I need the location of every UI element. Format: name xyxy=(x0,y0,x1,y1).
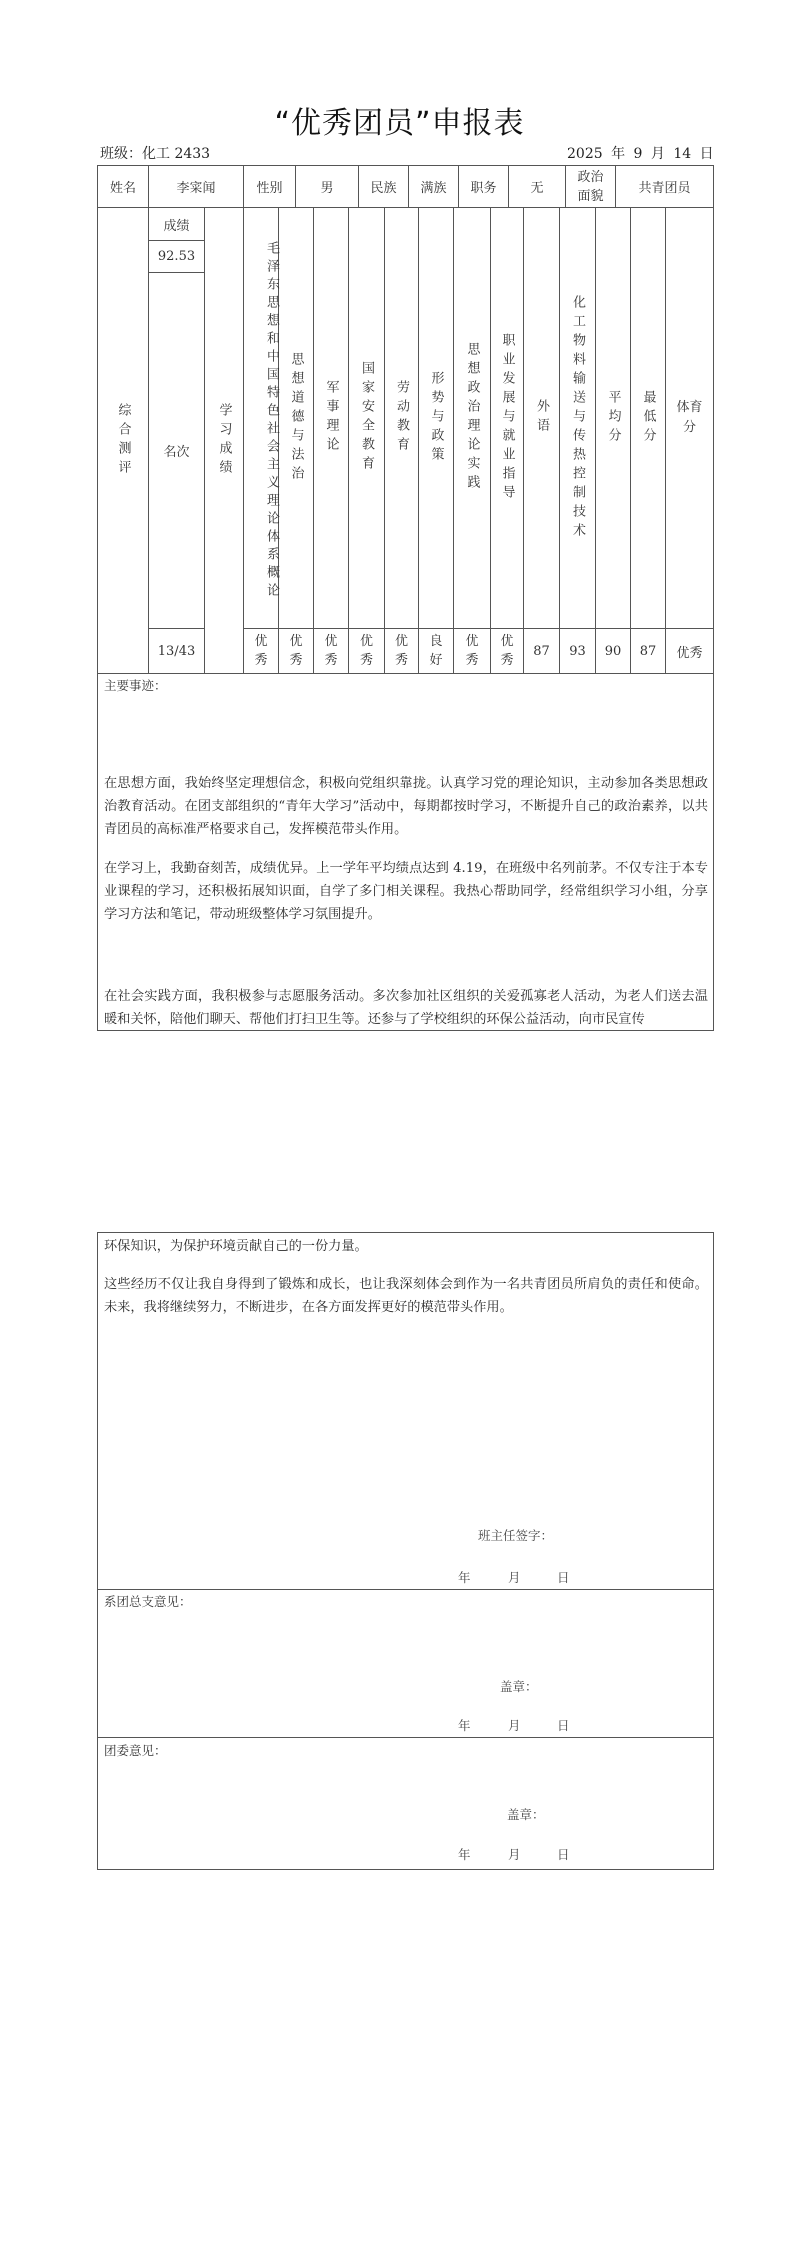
subject-header: 军事理论 xyxy=(314,208,348,628)
grade-text: 优 xyxy=(360,632,373,651)
committee-date-day: 日 xyxy=(557,1845,570,1863)
name-label: 姓名 xyxy=(98,166,148,207)
grade-cell: 优秀 xyxy=(385,629,418,673)
subject-header: 体育分 xyxy=(666,208,713,628)
subject-header: 毛泽东思想和中国特色社会主义理论体系概论 xyxy=(244,208,278,628)
ethnicity-label: 民族 xyxy=(359,166,408,207)
grade-cell: 优秀 xyxy=(279,629,313,673)
grade-text: 优 xyxy=(324,632,337,651)
grade-cell: 90 xyxy=(596,629,630,673)
subject-header: 外语 xyxy=(524,208,559,628)
grade-cell: 优秀 xyxy=(491,629,523,673)
rank-label: 名次 xyxy=(149,273,204,628)
grade-cell: 优秀 xyxy=(244,629,278,673)
subject-header: 平均分 xyxy=(596,208,630,628)
grade-cell: 良好 xyxy=(419,629,453,673)
deeds-paragraph-practice-cont: 环保知识，为保护环境贡献自己的一份力量。 xyxy=(104,1235,708,1258)
subject-header-text: 体育分 xyxy=(675,398,705,438)
form-title: “优秀团员”申报表 xyxy=(0,98,799,142)
branch-date-day: 日 xyxy=(557,1716,570,1734)
branch-date-month: 月 xyxy=(508,1716,521,1734)
gender-label: 性别 xyxy=(244,166,295,207)
date-month-unit: 月 xyxy=(651,146,665,162)
subject-header: 思想道德与法治 xyxy=(279,208,313,628)
gender-value: 男 xyxy=(296,166,358,207)
teacher-signature-label: 班主任签字： xyxy=(478,1526,553,1544)
grade-text: 秀 xyxy=(395,651,408,670)
grade-text: 好 xyxy=(429,651,442,670)
political-status-label-line1: 政治 xyxy=(577,168,603,187)
political-status-label: 政治 面貌 xyxy=(566,166,615,207)
grade-text: 优 xyxy=(395,632,408,651)
grade-text: 秀 xyxy=(324,651,337,670)
deeds-paragraph-study: 在学习上，我勤奋刻苦，成绩优异。上一学年平均绩点达到 4.19，在班级中名列前茅… xyxy=(104,857,708,926)
subject-header: 劳动教育 xyxy=(385,208,418,628)
deeds-paragraph-ideology: 在思想方面，我始终坚定理想信念，积极向党组织靠拢。认真学习党的理论知识，主动参加… xyxy=(104,772,708,841)
teacher-date-month: 月 xyxy=(508,1568,521,1586)
position-label: 职务 xyxy=(459,166,508,207)
divider xyxy=(97,1737,714,1738)
date-month: 9 xyxy=(634,146,643,162)
branch-stamp-label: 盖章： xyxy=(500,1677,538,1695)
grade-cell: 优秀 xyxy=(454,629,490,673)
committee-opinion-label: 团委意见： xyxy=(104,1741,167,1759)
grade-text: 优 xyxy=(500,632,513,651)
teacher-date-day: 日 xyxy=(557,1568,570,1586)
branch-date-year: 年 xyxy=(458,1716,471,1734)
grade-cell: 优秀 xyxy=(666,629,713,673)
subject-header: 形势与政策 xyxy=(419,208,453,628)
rank-value: 13/43 xyxy=(149,629,204,673)
ethnicity-value: 满族 xyxy=(409,166,458,207)
grade-text: 秀 xyxy=(254,651,267,670)
grade-cell: 87 xyxy=(631,629,665,673)
grade-cell: 93 xyxy=(560,629,595,673)
deeds-paragraph-practice: 在社会实践方面，我积极参与志愿服务活动。多次参加社区组织的关爱孤寡老人活动，为老… xyxy=(104,985,708,1031)
grade-text: 秀 xyxy=(500,651,513,670)
grade-cell: 87 xyxy=(524,629,559,673)
subject-header: 国家安全教育 xyxy=(349,208,384,628)
committee-stamp-label: 盖章： xyxy=(507,1805,545,1823)
committee-date-month: 月 xyxy=(508,1845,521,1863)
subject-header: 化工物料输送与传热控制技术 xyxy=(560,208,595,628)
subject-header: 思想政治理论实践 xyxy=(454,208,490,628)
name-value: 李寀闻 xyxy=(149,166,243,207)
grade-text: 良 xyxy=(429,632,442,651)
date-year: 2025 xyxy=(567,146,603,162)
political-status-label-line2: 面貌 xyxy=(577,187,603,206)
teacher-date-year: 年 xyxy=(458,1568,471,1586)
grade-text: 秀 xyxy=(465,651,478,670)
position-value: 无 xyxy=(509,166,565,207)
deeds-label: 主要事迹： xyxy=(104,676,167,694)
evaluation-section-label: 综合测评 xyxy=(98,208,148,673)
grade-text: 秀 xyxy=(289,651,302,670)
grade-cell: 优秀 xyxy=(349,629,384,673)
date-day: 14 xyxy=(673,146,691,162)
date-year-unit: 年 xyxy=(611,146,625,162)
subject-header: 职业发展与就业指导 xyxy=(491,208,523,628)
grade-text: 秀 xyxy=(360,651,373,670)
academic-label: 学习成绩 xyxy=(205,208,243,673)
form-table-page2 xyxy=(97,1232,714,1870)
score-label: 成绩 xyxy=(149,208,204,240)
subject-header: 最低分 xyxy=(631,208,665,628)
score-value: 92.53 xyxy=(149,241,204,272)
political-status-value: 共青团员 xyxy=(616,166,713,207)
class-line: 班级：化工 2433 xyxy=(100,143,210,163)
branch-opinion-label: 系团总支意见： xyxy=(104,1592,192,1610)
date-day-unit: 日 xyxy=(700,146,714,162)
divider xyxy=(97,1589,714,1590)
divider xyxy=(97,673,714,674)
grade-text: 优 xyxy=(289,632,302,651)
grade-text: 优 xyxy=(465,632,478,651)
class-value: 化工 2433 xyxy=(142,146,210,162)
class-label: 班级： xyxy=(100,146,142,162)
grade-cell: 优秀 xyxy=(314,629,348,673)
deeds-paragraph-summary: 这些经历不仅让我自身得到了锻炼和成长，也让我深刻体会到作为一名共青团员所肩负的责… xyxy=(104,1273,708,1319)
grade-text: 优 xyxy=(254,632,267,651)
committee-date-year: 年 xyxy=(458,1845,471,1863)
form-date: 2025 年 9 月 14 日 xyxy=(567,143,714,163)
